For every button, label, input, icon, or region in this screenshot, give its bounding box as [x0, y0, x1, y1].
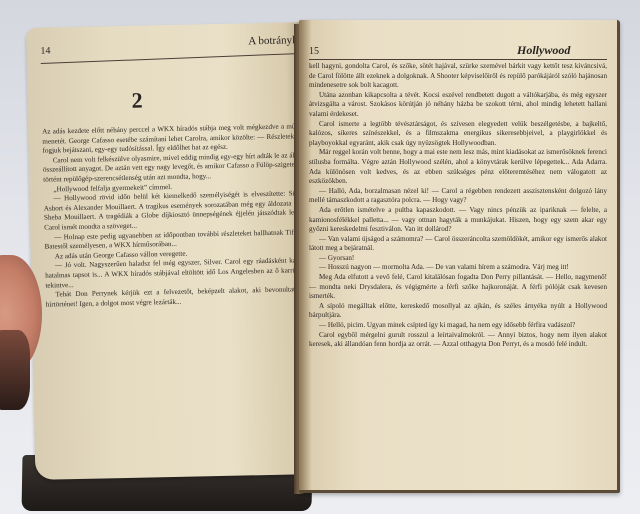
paragraph: — Halló, Ada, borzalmasan nézel ki! — Ca… [309, 187, 607, 206]
paragraph: — Gyorsan! [309, 254, 607, 264]
paragraph: Carol ismerte a legtöbb tévésztárságot, … [309, 120, 607, 149]
paragraph: — Van valami újságod a számomra? — Carol… [309, 235, 607, 254]
right-page: 15 Hollywood kell hagyni, gondolta Carol… [299, 20, 620, 493]
right-running-head: Hollywood [517, 43, 570, 58]
paragraph: Utána azonban kikapcsolta a tévét. Kocsi… [309, 91, 607, 120]
hand-shadow [0, 330, 30, 410]
left-page-body: Az adás kezdete előtt néhány perccel a W… [42, 122, 308, 310]
paragraph: Már reggel korán volt benne, hogy a mai … [309, 148, 607, 186]
right-page-body: kell hagyni, gondolta Carol, és szőke, s… [309, 62, 607, 350]
left-page: 14 A botránykö 2 Az adás kezdete előtt n… [26, 22, 317, 480]
left-header-rule [41, 53, 305, 64]
paragraph: Ada erőtlen ismételve a pultba kapaszkod… [309, 206, 607, 235]
paragraph: — Helló, picim. Ugyan minek csípted így … [309, 321, 607, 331]
paragraph: — Hollywood rövid időn belül két kiemelk… [43, 189, 306, 233]
paragraph: Carol egyből mérgelni gurult rosszul a l… [309, 331, 607, 350]
paragraph: A sípoló megálltak előtte, kereskedő mos… [309, 302, 607, 321]
paragraph: kell hagyni, gondolta Carol, és szőke, s… [309, 62, 607, 91]
right-page-number: 15 [309, 46, 319, 57]
paragraph: — Hosszú nagyon — mormolta Ada. — De van… [309, 263, 607, 273]
chapter-number: 2 [131, 88, 143, 114]
right-header-rule [309, 59, 607, 60]
left-page-number: 14 [40, 45, 50, 56]
book-photo: 14 A botránykö 2 Az adás kezdete előtt n… [0, 0, 640, 514]
paragraph: Meg Ada elfutott a vevő felé, Carol kita… [309, 273, 607, 302]
paragraph: Tehát Don Perrynek kérjük ezt a felvezet… [46, 285, 308, 310]
